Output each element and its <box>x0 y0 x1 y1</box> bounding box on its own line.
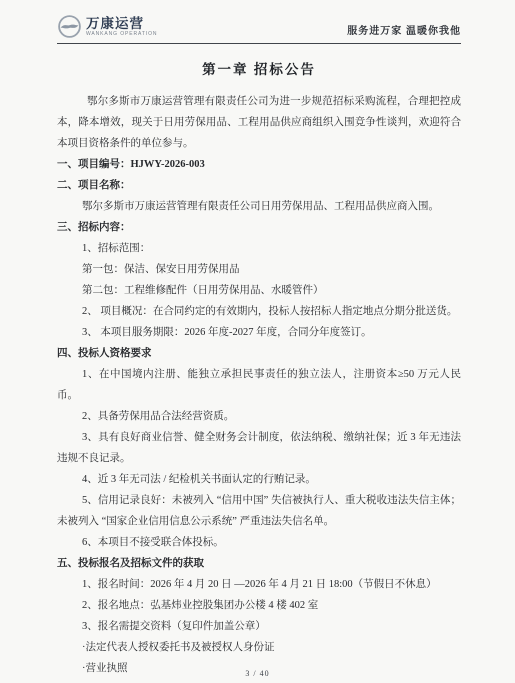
doc-line: 2、 项目概况：在合同约定的有效期内，投标人按招标人指定地点分期分批送货。 <box>57 301 461 322</box>
doc-line: 二、项目名称： <box>57 175 461 196</box>
doc-line: ·法定代表人授权委托书及被授权人身份证 <box>57 637 461 658</box>
doc-line: 4、近 3 年无司法 / 纪检机关书面认定的行贿记录。 <box>57 469 461 490</box>
doc-line: 6、本项目不接受联合体投标。 <box>57 532 461 553</box>
doc-line: 3、报名需提交资料（复印件加盖公章） <box>57 616 461 637</box>
doc-line: 鄂尔多斯市万康运营管理有限责任公司为进一步规范招标采购流程，合理把控成本，降本增… <box>57 91 461 154</box>
doc-line: 一、项目编号：HJWY-2026-003 <box>57 154 461 175</box>
page-header: 万康运营 WANKANG OPERATION 服务进万家 温暖你我他 <box>57 10 461 44</box>
doc-line: 第一包：保洁、保安日用劳保用品 <box>57 259 461 280</box>
company-slogan: 服务进万家 温暖你我他 <box>347 22 461 37</box>
doc-line: 2、报名地点：弘基炜业控股集团办公楼 4 楼 402 室 <box>57 595 461 616</box>
doc-line: 四、投标人资格要求 <box>57 343 461 364</box>
wankang-swoosh-logo-icon <box>57 14 82 39</box>
doc-line: 2、具备劳保用品合法经营资质。 <box>57 406 461 427</box>
document-page: 万康运营 WANKANG OPERATION 服务进万家 温暖你我他 第一章 招… <box>0 0 515 683</box>
page-number: 3 / 40 <box>0 669 515 678</box>
logo-company-name: 万康运营 <box>86 16 157 31</box>
doc-line: 五、投标报名及招标文件的获取 <box>57 553 461 574</box>
doc-line: 3、具有良好商业信誉、健全财务会计制度，依法纳税、缴纳社保；近 3 年无违法违规… <box>57 427 461 469</box>
logo-company-subtitle: WANKANG OPERATION <box>86 31 157 37</box>
doc-line: 第二包：工程维修配件（日用劳保用品、水暖管件） <box>57 280 461 301</box>
company-logo: 万康运营 WANKANG OPERATION <box>57 14 157 39</box>
chapter-title: 第一章 招标公告 <box>57 61 461 79</box>
doc-line: 1、报名时间：2026 年 4 月 20 日 —2026 年 4 月 21 日 … <box>57 574 461 595</box>
document-body: 鄂尔多斯市万康运营管理有限责任公司为进一步规范招标采购流程，合理把控成本，降本增… <box>57 91 461 679</box>
doc-line: 鄂尔多斯市万康运营管理有限责任公司日用劳保用品、工程用品供应商入围。 <box>57 196 461 217</box>
doc-line: 3、 本项目服务期限：2026 年度-2027 年度，合同分年度签订。 <box>57 322 461 343</box>
doc-line: 5、信用记录良好：未被列入 “信用中国” 失信被执行人、重大税收违法失信主体；未… <box>57 490 461 532</box>
logo-text-block: 万康运营 WANKANG OPERATION <box>86 16 157 37</box>
doc-line: 1、招标范围： <box>57 238 461 259</box>
doc-line: 1、在中国境内注册、能独立承担民事责任的独立法人，注册资本≥50 万元人民币。 <box>57 364 461 406</box>
doc-line: 三、招标内容： <box>57 217 461 238</box>
